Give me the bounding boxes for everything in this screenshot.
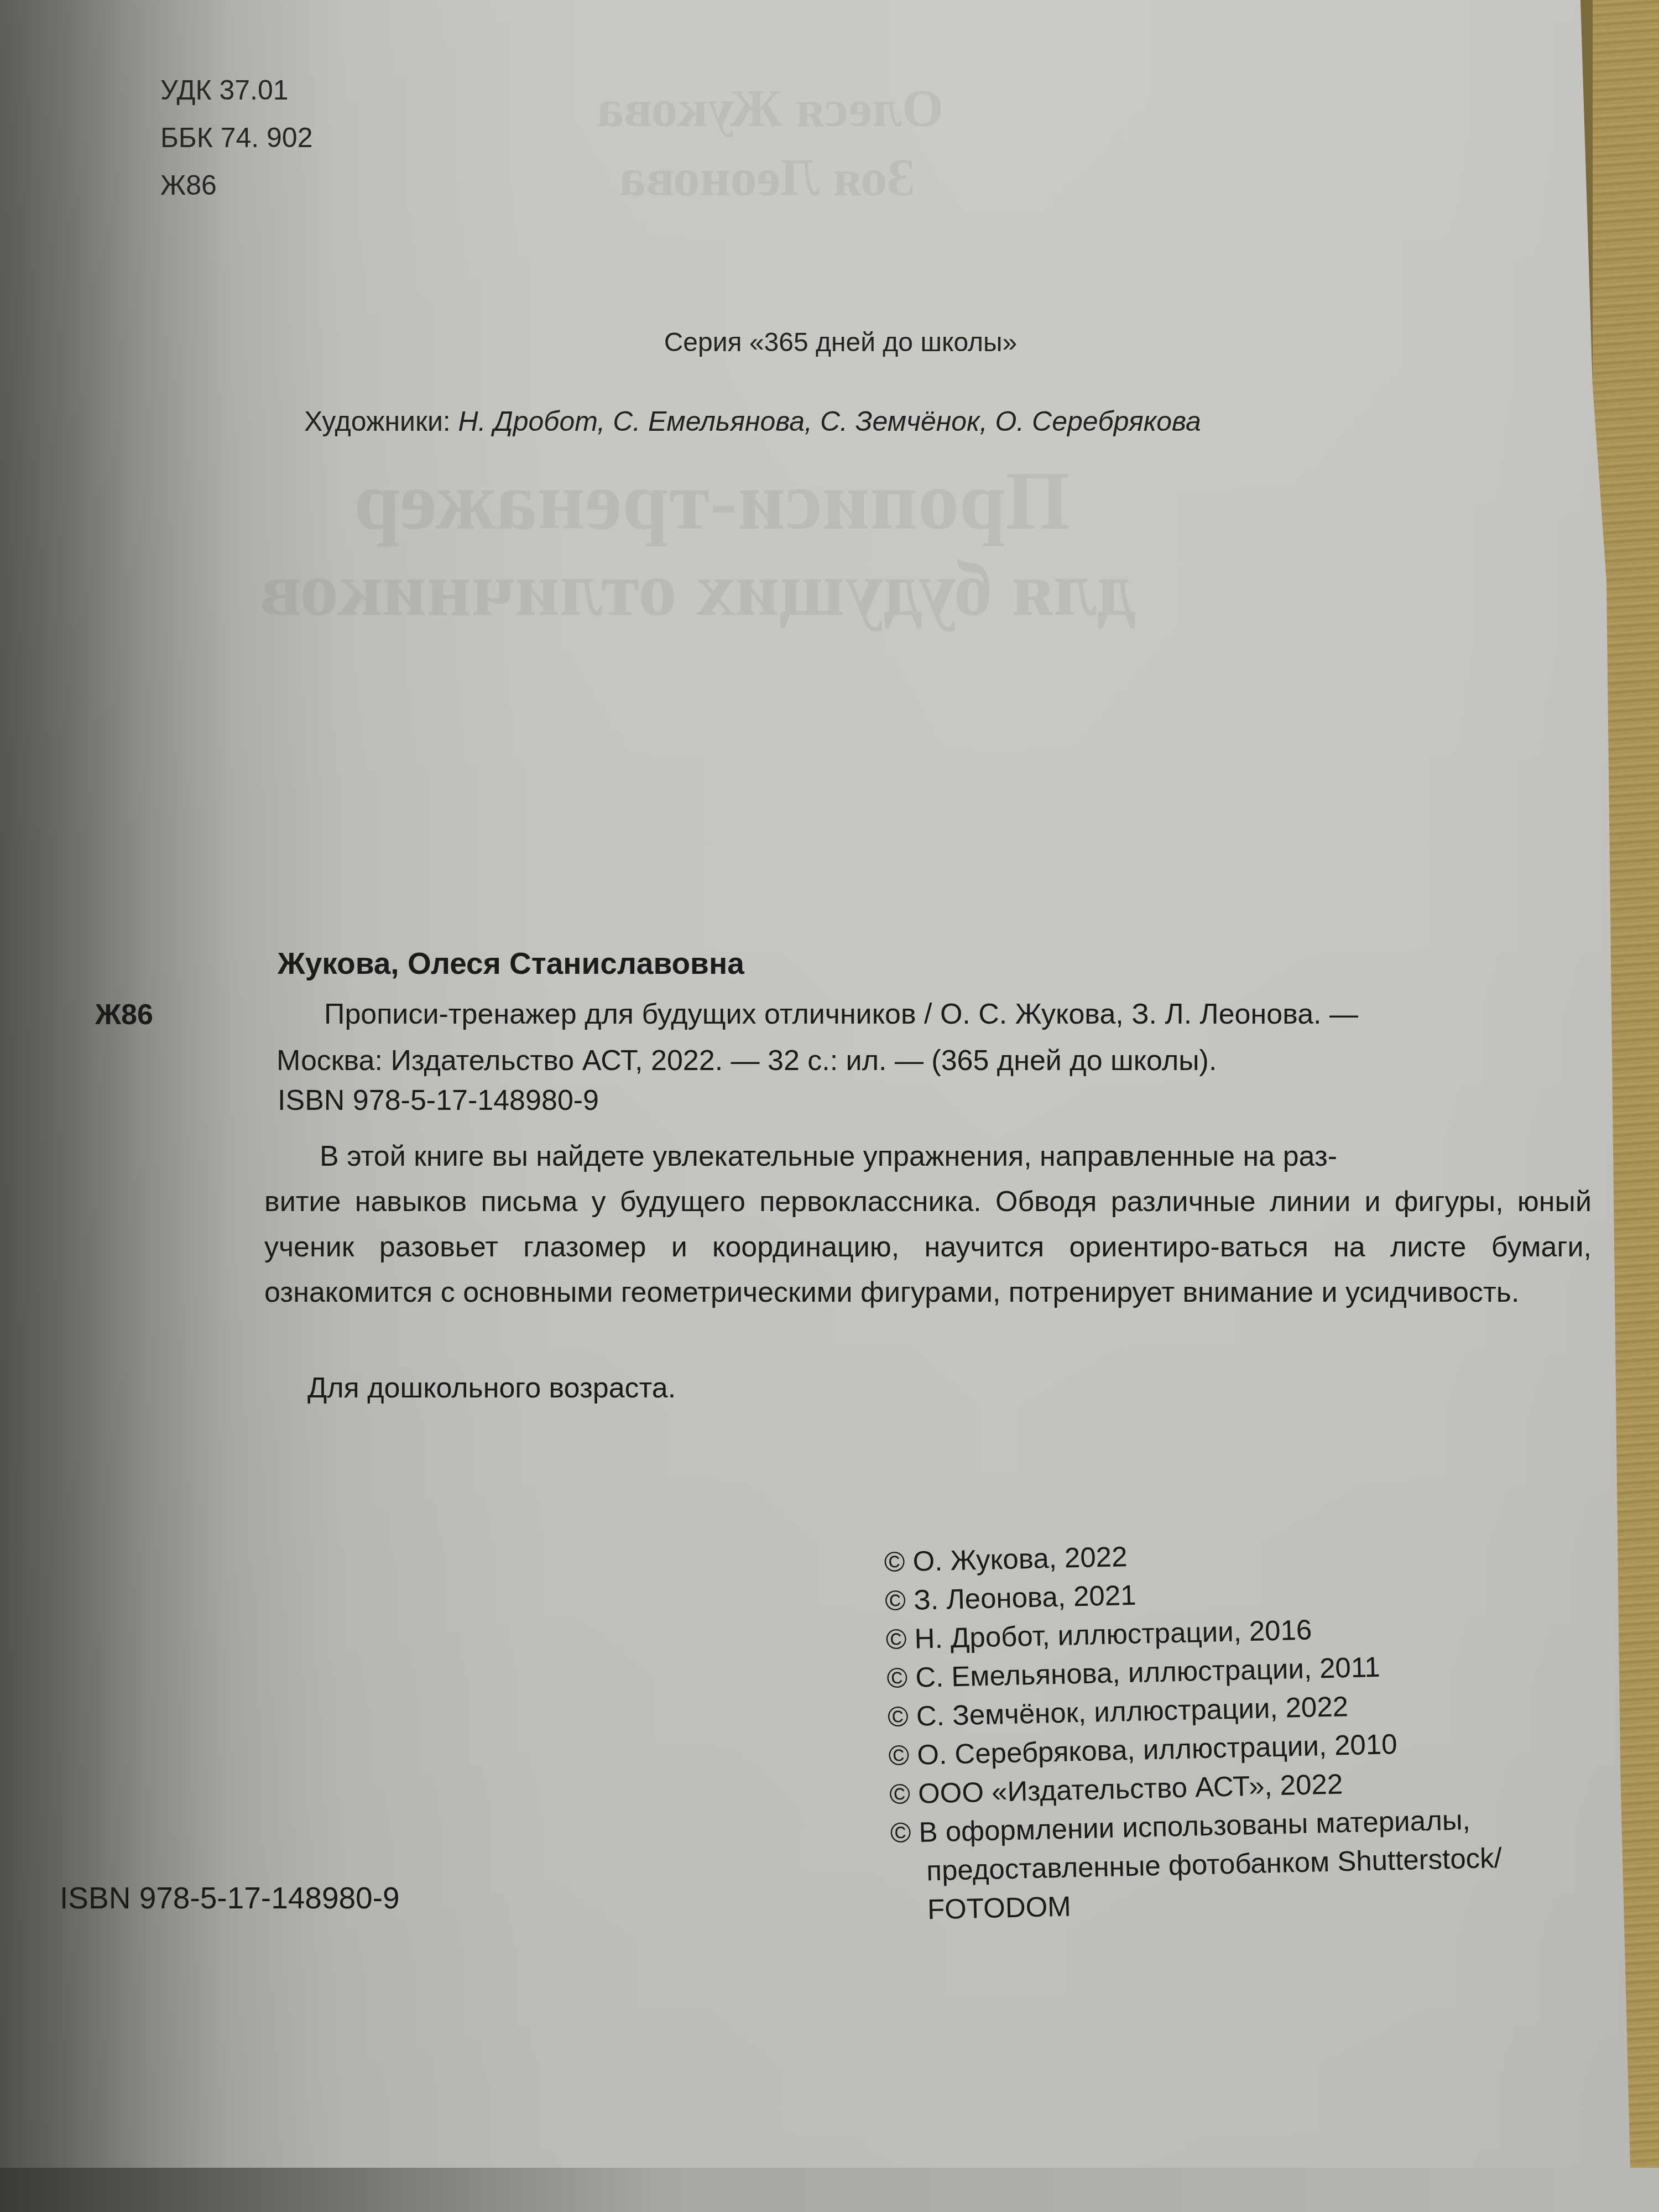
copyright-line: © Н. Дробот, иллюстрации, 2016	[885, 1606, 1497, 1659]
copyright-line: © О. Серебрякова, иллюстрации, 2010	[888, 1723, 1500, 1775]
show-through-title-1: Прописи-тренажер	[354, 453, 1070, 549]
show-through-author-2: Зоя Леонова	[619, 147, 915, 208]
copyright-line: © С. Земчёнок, иллюстрации, 2022	[887, 1684, 1499, 1736]
classification-block: УДК 37.01 ББК 74. 902 Ж86	[160, 66, 312, 209]
copyright-line: © О. Жукова, 2022	[884, 1529, 1495, 1582]
author-sign-margin: Ж86	[95, 998, 153, 1031]
annotation-first-line: В этой книге вы найдете увлекательные уп…	[264, 1134, 1592, 1179]
copyright-line: © З. Леонова, 2021	[885, 1568, 1496, 1620]
copyright-continuation: предоставленные фотобанком Shutterstock/	[891, 1839, 1503, 1891]
show-through-title-2: для будущих отличников	[260, 545, 1136, 634]
bbk-code: ББК 74. 902	[160, 114, 312, 161]
bibliographic-description: Прописи-тренажер для будущих отличников …	[276, 991, 1593, 1084]
copyright-line: © В оформлении использованы материалы,	[890, 1800, 1501, 1853]
copyright-line: © С. Емельянова, иллюстрации, 2011	[886, 1645, 1498, 1698]
bib-title-line: Прописи-тренажер для будущих отличников …	[276, 991, 1593, 1037]
isbn-record: ISBN 978-5-17-148980-9	[278, 1084, 599, 1117]
copyright-continuation: FOTODOM	[891, 1877, 1503, 1930]
isbn-bottom: ISBN 978-5-17-148980-9	[60, 1880, 400, 1916]
udk-code: УДК 37.01	[160, 66, 312, 114]
page-fold-edge	[0, 2168, 1659, 2212]
bib-imprint-line: Москва: Издательство АСТ, 2022. — 32 с.:…	[276, 1045, 1217, 1077]
artists-line: Художники: Н. Дробот, С. Емельянова, С. …	[304, 405, 1201, 437]
artists-label: Художники:	[304, 406, 451, 437]
author-sign: Ж86	[160, 161, 312, 209]
copyright-block: © О. Жукова, 2022 © З. Леонова, 2021 © Н…	[884, 1529, 1503, 1930]
artists-names: Н. Дробот, С. Емельянова, С. Земчёнок, О…	[458, 406, 1201, 437]
copyright-line: © ООО «Издательство АСТ», 2022	[889, 1761, 1501, 1814]
author-heading: Жукова, Олеся Станиславовна	[278, 946, 744, 981]
annotation-rest: витие навыков письма у будущего первокла…	[264, 1186, 1592, 1308]
age-note: Для дошкольного возраста.	[307, 1371, 676, 1405]
annotation: В этой книге вы найдете увлекательные уп…	[264, 1134, 1592, 1315]
book-page: Олеся Жукова Зоя Леонова Прописи-тренаже…	[0, 0, 1631, 2212]
series-line: Серия «365 дней до школы»	[0, 327, 1659, 358]
show-through-author-1: Олеся Жукова	[597, 77, 943, 139]
